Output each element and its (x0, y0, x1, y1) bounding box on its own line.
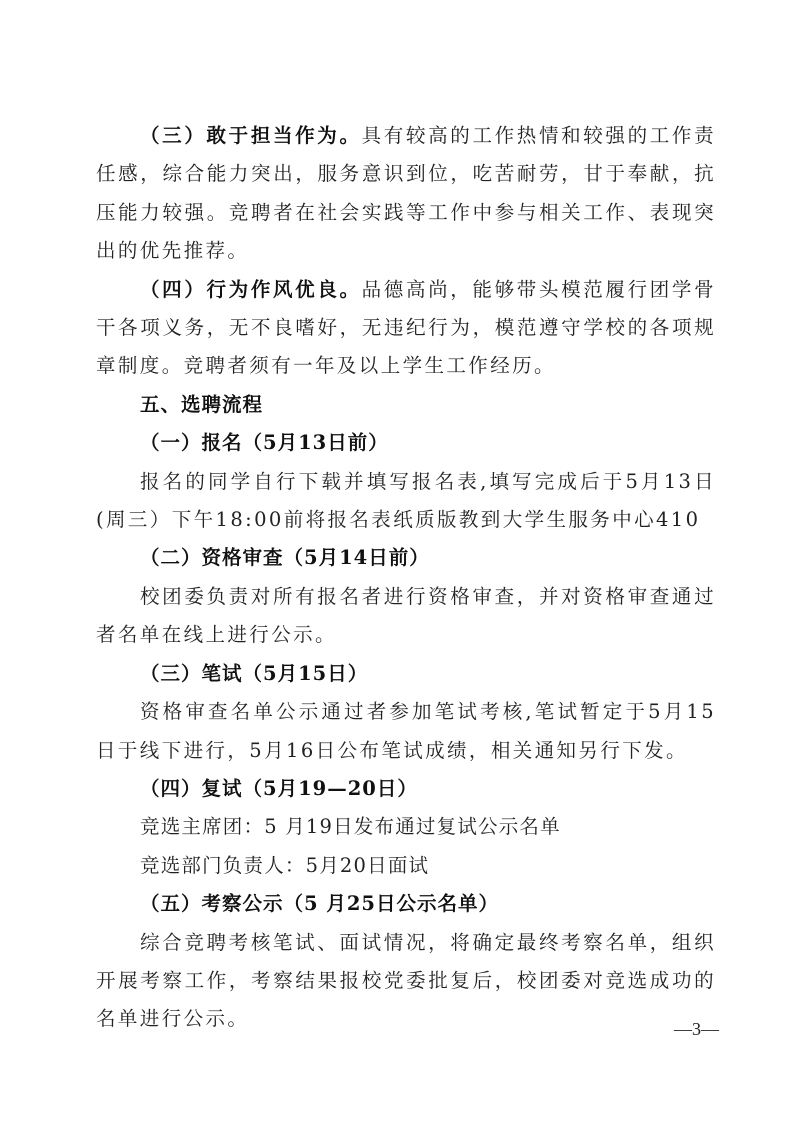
paragraph-section-3: （三）敢于担当作为。具有较高的工作热情和较强的工作责任感，综合能力突出，服务意识… (96, 117, 716, 271)
section-3-heading: （三）敢于担当作为。 (140, 124, 362, 147)
step-5-heading: （五）考察公示（5 月25日公示名单） (96, 885, 716, 923)
step-2-heading: （二）资格审查（5月14日前） (96, 539, 716, 577)
step-1-body: 报名的同学自行下载并填写报名表,填写完成后于5月13日(周三）下午18:00前将… (96, 463, 716, 540)
step-3-heading: （三）笔试（5月15日） (96, 655, 716, 693)
paragraph-section-4: （四）行为作风优良。品德高尚，能够带头模范履行团学骨干各项义务，无不良嗜好，无违… (96, 271, 716, 386)
page-number: —3— (674, 1019, 719, 1040)
step-3-body: 资格审查名单公示通过者参加笔试考核,笔试暂定于5月15日于线下进行，5月16日公… (96, 693, 716, 770)
step-1-heading: （一）报名（5月13日前） (96, 424, 716, 462)
step-5-body: 综合竞聘考核笔试、面试情况，将确定最终考察名单，组织开展考察工作，考察结果报校党… (96, 924, 716, 1039)
step-4-heading: （四）复试（5月19—20日） (96, 770, 716, 808)
step-4-line-chairman: 竞选主席团：5 月19日发布通过复试公示名单 (96, 808, 716, 846)
document-page: （三）敢于担当作为。具有较高的工作热情和较强的工作责任感，综合能力突出，服务意识… (96, 117, 716, 1039)
step-2-body: 校团委负责对所有报名者进行资格审查，并对资格审查通过者名单在线上进行公示。 (96, 578, 716, 655)
step-4-line-department: 竞选部门负责人：5月20日面试 (96, 847, 716, 885)
section-4-heading: （四）行为作风优良。 (140, 278, 362, 301)
process-title: 五、选聘流程 (96, 386, 716, 424)
